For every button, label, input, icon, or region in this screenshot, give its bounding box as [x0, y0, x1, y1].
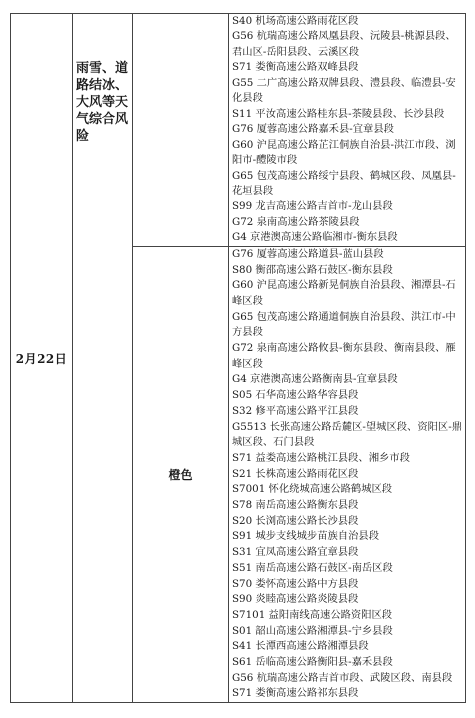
- road-item: G55 二广高速公路双牌县段、澧县段、临澧县-安化县段: [232, 76, 463, 107]
- road-item: S7101 益阳南线高速公路资阳区段: [232, 608, 463, 624]
- road-item: G72 泉南高速公路攸县-衡东县段、衡南县段、雁峰区段: [232, 341, 463, 372]
- road-item: G76 厦蓉高速公路道县-蓝山县段: [232, 247, 463, 263]
- road-risk-table: 2月22日 雨雪、道路结冰、大风等天气综合风险 S40 机场高速公路雨花区段 G…: [10, 13, 466, 703]
- road-item: S11 平汝高速公路桂东县-茶陵县段、长沙县段: [232, 107, 463, 122]
- road-item: S71 娄衡高速公路祁东县段: [232, 686, 463, 702]
- road-item: G5513 长张高速公路岳麓区-望城区段、资阳区-鼎城区段、石门县段: [232, 420, 463, 451]
- road-item: S40 机场高速公路雨花区段: [232, 14, 463, 29]
- road-item: S21 长株高速公路雨花区段: [232, 467, 463, 483]
- road-item: S71 娄衡高速公路双峰县段: [232, 60, 463, 75]
- road-item: S05 石华高速公路华容县段: [232, 388, 463, 404]
- road-item: S41 长潭西高速公路湘潭县段: [232, 639, 463, 655]
- risk-type-cell: 雨雪、道路结冰、大风等天气综合风险: [73, 14, 133, 703]
- road-item: G60 沪昆高速公路芷江侗族自治县-洪江市段、浏阳市-醴陵市段: [232, 138, 463, 169]
- road-item: S99 龙吉高速公路吉首市-龙山县段: [232, 199, 463, 214]
- road-item: S80 衡邵高速公路石鼓区-衡东县段: [232, 263, 463, 279]
- road-item: S90 炎睦高速公路炎陵县段: [232, 592, 463, 608]
- road-item: G4 京港澳高速公路衡南县-宜章县段: [232, 372, 463, 388]
- road-item: S01 韶山高速公路湘潭县-宁乡县段: [232, 624, 463, 640]
- road-list-cell-2: G76 厦蓉高速公路道县-蓝山县段 S80 衡邵高速公路石鼓区-衡东县段 G60…: [229, 246, 466, 702]
- road-item: S31 宜凤高速公路宜章县段: [232, 545, 463, 561]
- road-item: G65 包茂高速公路绥宁县段、鹤城区段、凤凰县-花垣县段: [232, 169, 463, 200]
- road-item: S51 南岳高速公路石鼓区-南岳区段: [232, 561, 463, 577]
- road-item: G56 杭瑞高速公路吉首市段、武陵区段、南县段: [232, 671, 463, 687]
- risk-row-section-1: 2月22日 雨雪、道路结冰、大风等天气综合风险 S40 机场高速公路雨花区段 G…: [11, 14, 466, 247]
- road-item: S71 益娄高速公路桃江县段、湘乡市段: [232, 451, 463, 467]
- road-item: G56 杭瑞高速公路凤凰县段、沅陵县-桃源县段、君山区-岳阳县段、云溪区段: [232, 29, 463, 60]
- date-cell: 2月22日: [11, 14, 73, 703]
- road-item: S91 城步支线城步苗族自治县段: [232, 529, 463, 545]
- road-item: G65 包茂高速公路通道侗族自治县段、洪江市-中方县段: [232, 310, 463, 341]
- warning-level-cell-1: [133, 14, 229, 247]
- road-item: G4 京港澳高速公路临湘市-衡东县段: [232, 230, 463, 245]
- road-item: G76 厦蓉高速公路嘉禾县-宜章县段: [232, 122, 463, 137]
- road-item: S32 修平高速公路平江县段: [232, 404, 463, 420]
- road-item: S70 娄怀高速公路中方县段: [232, 577, 463, 593]
- road-item: S78 南岳高速公路衡东县段: [232, 498, 463, 514]
- risk-type-text: 雨雪、道路结冰、大风等天气综合风险: [76, 14, 128, 145]
- road-item: S7001 怀化绕城高速公路鹤城区段: [232, 482, 463, 498]
- road-list-cell-1: S40 机场高速公路雨花区段 G56 杭瑞高速公路凤凰县段、沅陵县-桃源县段、君…: [229, 14, 466, 247]
- road-item: S61 岳临高速公路衡阳县-嘉禾县段: [232, 655, 463, 671]
- road-item: G72 泉南高速公路茶陵县段: [232, 215, 463, 230]
- road-item: G60 沪昆高速公路新晃侗族自治县段、湘潭县-石峰区段: [232, 278, 463, 309]
- warning-level-cell-2: 橙色: [133, 246, 229, 702]
- road-item: S20 长浏高速公路长沙县段: [232, 514, 463, 530]
